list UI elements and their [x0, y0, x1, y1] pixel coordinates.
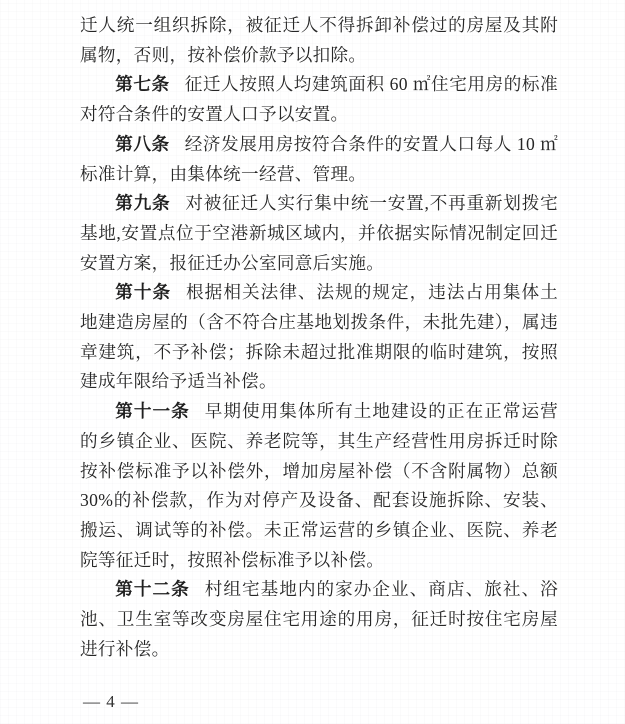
article-8-number: 第八条	[115, 134, 170, 154]
page-footer: — 4 —	[83, 692, 139, 712]
article-9-paragraph: 第九条对被征迁人实行集中统一安置,不再重新划拨宅基地,安置点位于空港新城区域内，…	[80, 189, 558, 278]
article-11-number: 第十一条	[115, 401, 190, 421]
article-10-number: 第十条	[115, 282, 171, 302]
article-10-paragraph: 第十条根据相关法律、法规的规定，违法占用集体土地建造房屋的（含不符合庄基地划拨条…	[80, 278, 558, 397]
article-11-text: 早期使用集体所有土地建设的正在正常运营的乡镇企业、医院、养老院等，其生产经营性用…	[80, 401, 558, 570]
article-12-number: 第十二条	[115, 579, 190, 599]
document-page: 迁人统一组织拆除，被征迁人不得拆卸补偿过的房屋及其附属物，否则，按补偿价款予以扣…	[0, 0, 625, 724]
article-9-number: 第九条	[115, 193, 170, 213]
paragraph-text: 迁人统一组织拆除，被征迁人不得拆卸补偿过的房屋及其附属物，否则，按补偿价款予以扣…	[80, 15, 558, 65]
article-7-number: 第七条	[115, 74, 170, 94]
page-number: — 4 —	[83, 692, 139, 711]
paragraph-continuation: 迁人统一组织拆除，被征迁人不得拆卸补偿过的房屋及其附属物，否则，按补偿价款予以扣…	[80, 11, 558, 70]
article-12-paragraph: 第十二条村组宅基地内的家办企业、商店、旅社、浴池、卫生室等改变房屋住宅用途的用房…	[80, 575, 558, 664]
article-11-paragraph: 第十一条早期使用集体所有土地建设的正在正常运营的乡镇企业、医院、养老院等，其生产…	[80, 397, 558, 575]
document-body: 迁人统一组织拆除，被征迁人不得拆卸补偿过的房屋及其附属物，否则，按补偿价款予以扣…	[80, 11, 558, 664]
article-8-paragraph: 第八条经济发展用房按符合条件的安置人口每人 10 ㎡标准计算，由集体统一经营、管…	[80, 130, 558, 189]
article-7-paragraph: 第七条征迁人按照人均建筑面积 60 ㎡住宅用房的标准对符合条件的安置人口予以安置…	[80, 70, 558, 129]
